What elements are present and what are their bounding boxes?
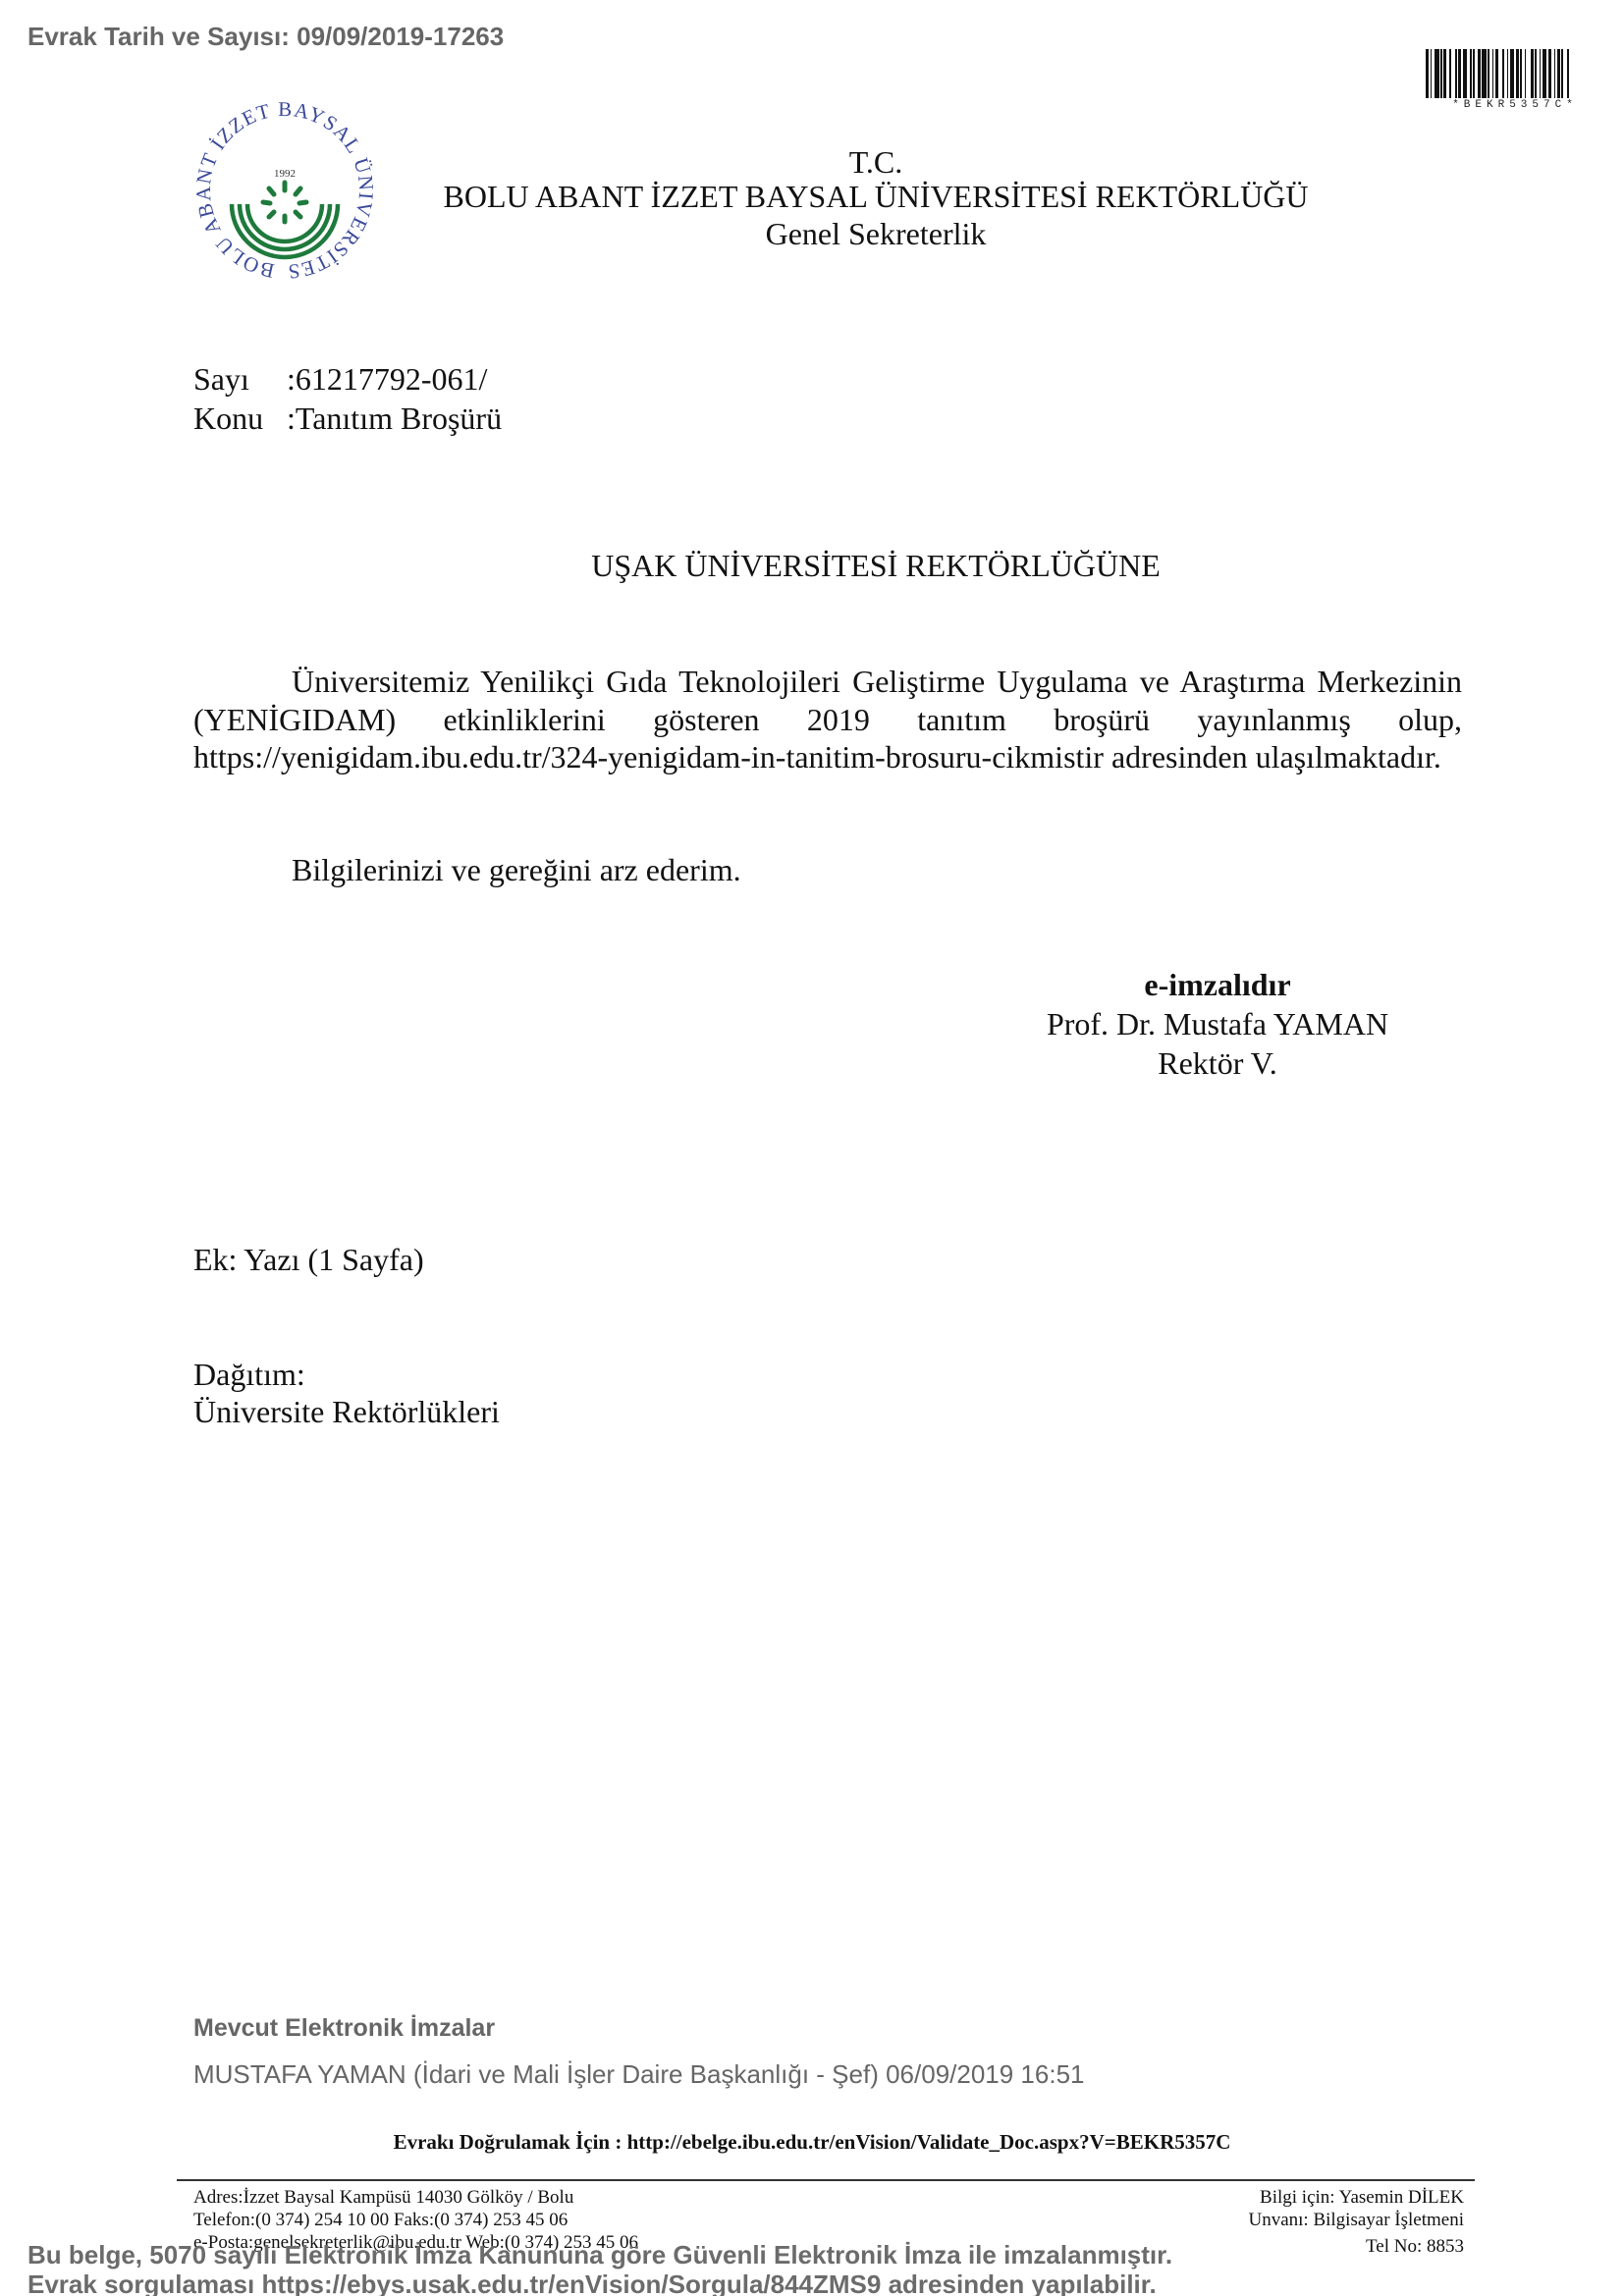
footer-address: Adres:İzzet Baysal Kampüsü 14030 Gölköy … xyxy=(193,2187,573,2209)
sayi-label: Sayı xyxy=(193,361,287,398)
konu-label: Konu xyxy=(193,400,287,437)
footer-phone: Telefon:(0 374) 254 10 00 Faks:(0 374) 2… xyxy=(193,2210,568,2231)
university-logo: BOLU ABANT İZZET BAYSAL ÜNİVERSİTESİ · 1… xyxy=(196,98,373,285)
barcode-text: *BEKR5357C* xyxy=(1426,99,1604,111)
konu-value: :Tanıtım Broşürü xyxy=(287,400,502,436)
meta-konu: Konu:Tanıtım Broşürü xyxy=(193,400,502,437)
footer-info-title: Unvanı: Bilgisayar İşletmeni xyxy=(1248,2210,1464,2231)
signatory-name: Prof. Dr. Mustafa YAMAN xyxy=(982,1006,1453,1042)
verification-link[interactable]: Evrakı Doğrulamak İçin : http://ebelge.i… xyxy=(0,2130,1624,2155)
e-signature-status: e-imzalıdır xyxy=(982,967,1453,1003)
sayi-value: :61217792-061/ xyxy=(287,361,487,397)
footer-info-contact: Bilgi için: Yasemin DİLEK xyxy=(1260,2187,1464,2209)
closing-sentence: Bilgilerinizi ve gereğini arz ederim. xyxy=(292,852,741,888)
document-query-stamp: Evrak sorgulaması https://ebys.usak.edu.… xyxy=(27,2269,1157,2296)
document-date-number-stamp: Evrak Tarih ve Sayısı: 09/09/2019-17263 xyxy=(27,22,504,52)
addressee: UŞAK ÜNİVERSİTESİ REKTÖRLÜĞÜNE xyxy=(385,548,1367,584)
electronic-signature-entry: MUSTAFA YAMAN (İdari ve Mali İşler Daire… xyxy=(193,2059,1085,2090)
logo-year: 1992 xyxy=(274,168,296,180)
header-department: Genel Sekreterlik xyxy=(385,216,1367,252)
distribution-label: Dağıtım: xyxy=(193,1357,305,1393)
arc-emblem-icon xyxy=(232,204,338,257)
footer-divider xyxy=(177,2179,1475,2181)
sun-emblem-icon xyxy=(263,183,306,222)
signatory-title: Rektör V. xyxy=(982,1045,1453,1082)
university-seal-icon: BOLU ABANT İZZET BAYSAL ÜNİVERSİTESİ · 1… xyxy=(196,98,373,285)
footer-info-tel: Tel No: 8853 xyxy=(1366,2236,1464,2258)
e-signature-law-stamp: Bu belge, 5070 sayılı Elektronik İmza Ka… xyxy=(27,2240,1172,2270)
body-paragraph-text: Üniversitemiz Yenilikçi Gıda Teknolojile… xyxy=(193,664,1462,774)
header-institution: BOLU ABANT İZZET BAYSAL ÜNİVERSİTESİ REK… xyxy=(385,179,1367,215)
attachment-note: Ek: Yazı (1 Sayfa) xyxy=(193,1242,424,1278)
electronic-signatures-title: Mevcut Elektronik İmzalar xyxy=(193,2014,495,2043)
barcode: *BEKR5357C* xyxy=(1426,49,1604,112)
distribution-recipient: Üniversite Rektörlükleri xyxy=(193,1394,500,1430)
body-paragraph: Üniversitemiz Yenilikçi Gıda Teknolojile… xyxy=(193,663,1462,776)
meta-sayi: Sayı:61217792-061/ xyxy=(193,361,487,398)
barcode-bars xyxy=(1426,49,1604,98)
header-tc: T.C. xyxy=(385,144,1367,181)
